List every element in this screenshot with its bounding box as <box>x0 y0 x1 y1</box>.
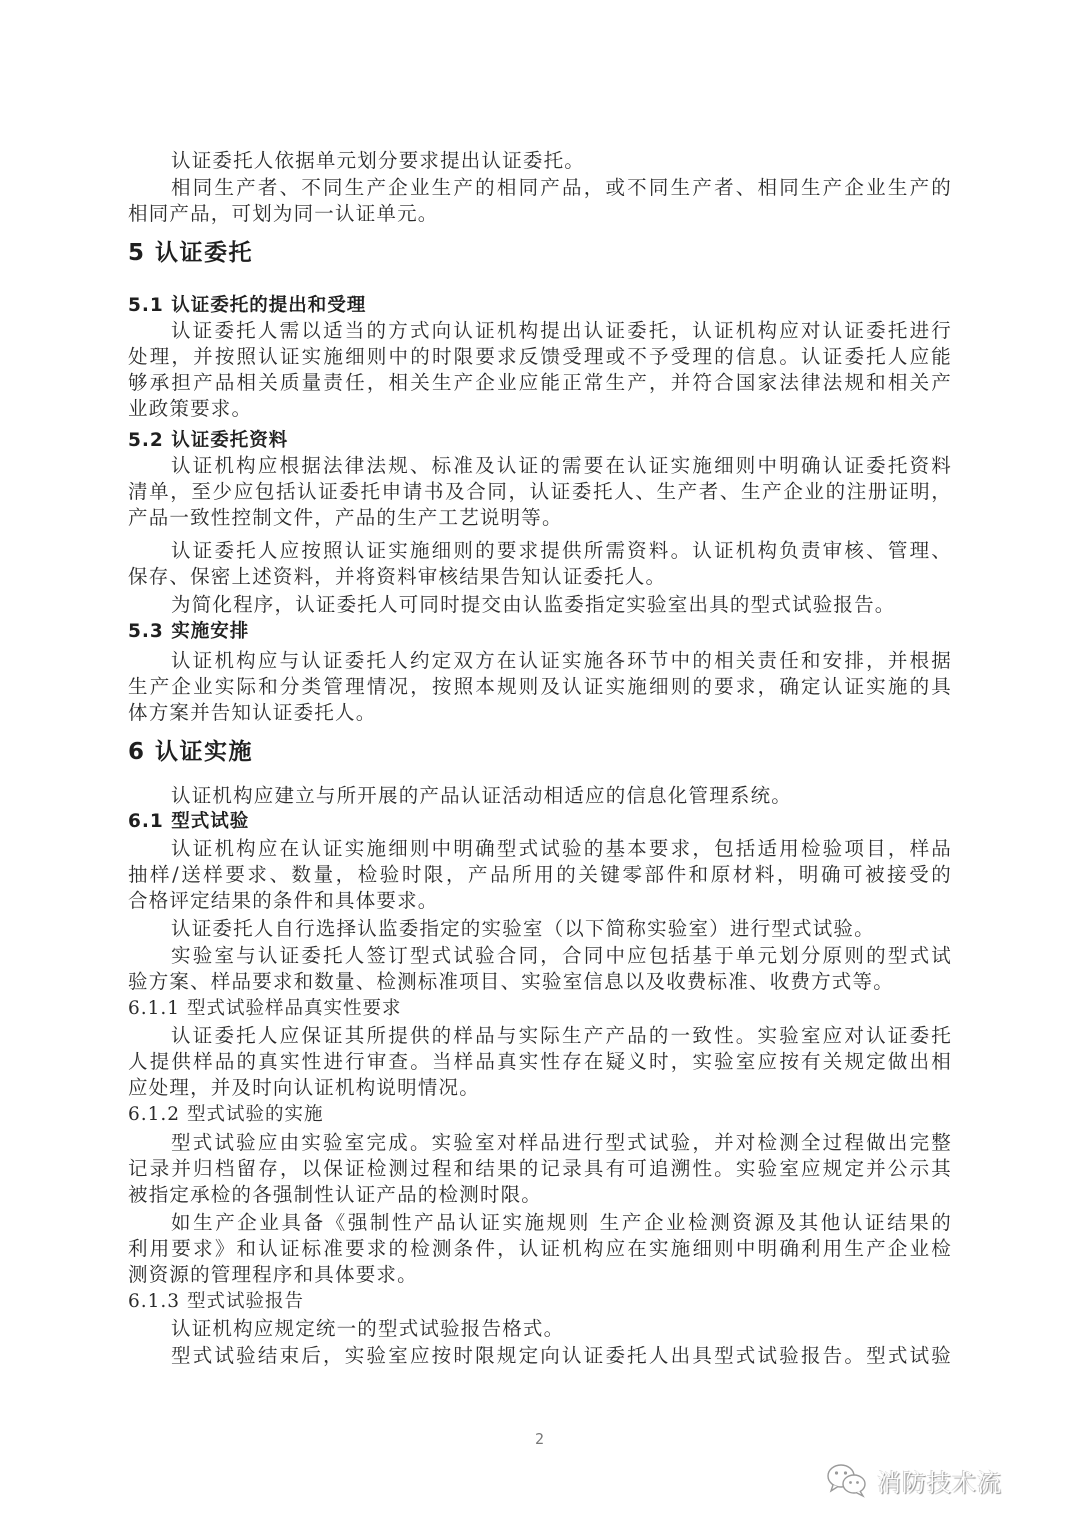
paragraph-line: 型式试验应由实验室完成。实验室对样品进行型式试验，并对检测全过程做出完整 <box>128 1130 952 1156</box>
paragraph-line: 认证机构应在认证实施细则中明确型式试验的基本要求，包括适用检验项目，样品 <box>128 836 952 862</box>
paragraph-line: 记录并归档留存，以保证检测过程和结果的记录具有可追溯性。实验室应规定并公示其 <box>128 1156 952 1182</box>
paragraph-line: 应处理，并及时向认证机构说明情况。 <box>128 1075 952 1101</box>
wechat-icon <box>825 1462 869 1498</box>
paragraph-line: 处理，并按照认证实施细则中的时限要求反馈受理或不予受理的信息。认证委托人应能 <box>128 344 952 370</box>
paragraph-line: 认证机构应根据法律法规、标准及认证的需要在认证实施细则中明确认证委托资料 <box>128 453 952 479</box>
clause-heading: 6.1.3 型式试验报告 <box>128 1289 304 1315</box>
paragraph-line: 认证机构应规定统一的型式试验报告格式。 <box>128 1316 952 1342</box>
paragraph-line: 认证委托人依据单元划分要求提出认证委托。 <box>128 148 952 174</box>
paragraph-line: 为简化程序，认证委托人可同时提交由认监委指定实验室出具的型式试验报告。 <box>128 592 952 618</box>
paragraph-line: 生产企业实际和分类管理情况，按照本规则及认证实施细则的要求，确定认证实施的具 <box>128 674 952 700</box>
paragraph-line: 验方案、样品要求和数量、检测标准项目、实验室信息以及收费标准、收费方式等。 <box>128 969 952 995</box>
clause-heading: 6.1.2 型式试验的实施 <box>128 1102 323 1128</box>
subsection-heading: 6.1 型式试验 <box>128 809 249 835</box>
paragraph-line: 业政策要求。 <box>128 396 952 422</box>
paragraph-line: 合格评定结果的条件和具体要求。 <box>128 888 952 914</box>
paragraph-line: 相同产品，可划为同一认证单元。 <box>128 201 952 227</box>
paragraph-line: 够承担产品相关质量责任，相关生产企业应能正常生产，并符合国家法律法规和相关产 <box>128 370 952 396</box>
document-page: 认证委托人依据单元划分要求提出认证委托。相同生产者、不同生产企业生产的相同产品，… <box>0 0 1080 1527</box>
paragraph-line: 认证委托人自行选择认监委指定的实验室（以下简称实验室）进行型式试验。 <box>128 916 952 942</box>
section-heading: 5 认证委托 <box>128 238 253 268</box>
paragraph-line: 认证机构应建立与所开展的产品认证活动相适应的信息化管理系统。 <box>128 783 952 809</box>
watermark-text: 消防技术流 <box>877 1463 1002 1498</box>
page-number: 2 <box>535 1430 544 1448</box>
paragraph-line: 产品一致性控制文件，产品的生产工艺说明等。 <box>128 505 952 531</box>
paragraph-line: 利用要求》和认证标准要求的检测条件，认证机构应在实施细则中明确利用生产企业检 <box>128 1236 952 1262</box>
subsection-heading: 5.2 认证委托资料 <box>128 428 288 454</box>
paragraph-line: 认证委托人应按照认证实施细则的要求提供所需资料。认证机构负责审核、管理、 <box>128 538 952 564</box>
watermark: 消防技术流 <box>825 1460 1002 1500</box>
paragraph-line: 保存、保密上述资料，并将资料审核结果告知认证委托人。 <box>128 564 952 590</box>
subsection-heading: 5.3 实施安排 <box>128 619 249 645</box>
subsection-heading: 5.1 认证委托的提出和受理 <box>128 293 366 319</box>
paragraph-line: 抽样/送样要求、数量，检验时限，产品所用的关键零部件和原材料，明确可被接受的 <box>128 862 952 888</box>
paragraph-line: 如生产企业具备《强制性产品认证实施规则 生产企业检测资源及其他认证结果的 <box>128 1210 952 1236</box>
paragraph-line: 认证委托人应保证其所提供的样品与实际生产产品的一致性。实验室应对认证委托 <box>128 1023 952 1049</box>
paragraph-line: 体方案并告知认证委托人。 <box>128 700 952 726</box>
paragraph-line: 认证机构应与认证委托人约定双方在认证实施各环节中的相关责任和安排，并根据 <box>128 648 952 674</box>
paragraph-line: 人提供样品的真实性进行审查。当样品真实性存在疑义时，实验室应按有关规定做出相 <box>128 1049 952 1075</box>
section-heading: 6 认证实施 <box>128 737 253 767</box>
paragraph-line: 测资源的管理程序和具体要求。 <box>128 1262 952 1288</box>
paragraph-line: 型式试验结束后，实验室应按时限规定向认证委托人出具型式试验报告。型式试验 <box>128 1343 952 1369</box>
paragraph-line: 清单，至少应包括认证委托申请书及合同，认证委托人、生产者、生产企业的注册证明， <box>128 479 952 505</box>
paragraph-line: 实验室与认证委托人签订型式试验合同，合同中应包括基于单元划分原则的型式试 <box>128 943 952 969</box>
paragraph-line: 被指定承检的各强制性认证产品的检测时限。 <box>128 1182 952 1208</box>
paragraph-line: 相同生产者、不同生产企业生产的相同产品，或不同生产者、相同生产企业生产的 <box>128 175 952 201</box>
paragraph-line: 认证委托人需以适当的方式向认证机构提出认证委托，认证机构应对认证委托进行 <box>128 318 952 344</box>
clause-heading: 6.1.1 型式试验样品真实性要求 <box>128 996 401 1022</box>
